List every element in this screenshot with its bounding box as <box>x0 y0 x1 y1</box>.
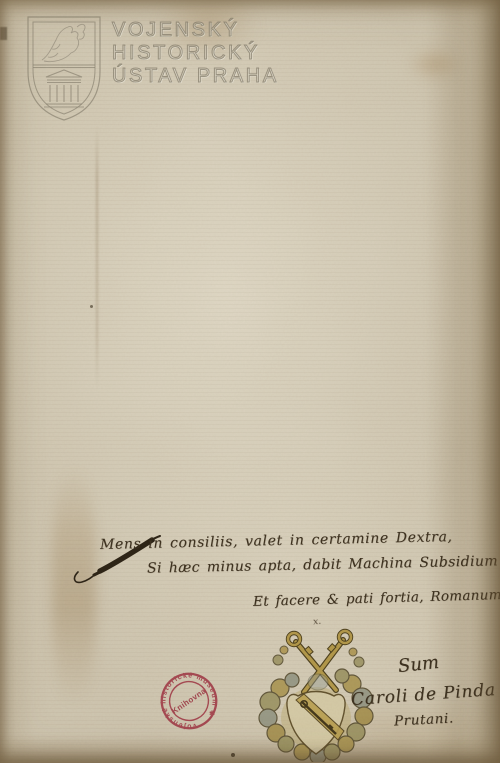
library-stamp: Vojenské historické museum ✱ Knihovna <box>145 657 233 745</box>
fold-crease-line <box>96 126 98 388</box>
stain-right-band <box>428 0 464 763</box>
institute-shield-icon <box>22 13 106 125</box>
ink-speck <box>231 753 235 757</box>
stamp-center-text: Knihovna <box>170 686 208 716</box>
stain-top-right <box>406 46 464 82</box>
signature-line-1: Sum <box>397 652 440 677</box>
manuscript-page: VOJENSKÝ HISTORICKÝ ÚSTAV PRAHA Mens in … <box>0 0 500 763</box>
institute-name: VOJENSKÝ HISTORICKÝ ÚSTAV PRAHA <box>112 19 372 88</box>
lion-figure <box>42 24 85 61</box>
portico-figure <box>44 70 84 107</box>
manuscript-line-2: Si hæc minus apta, dabit Machina Subsidi… <box>147 553 498 576</box>
watermark-line-2: HISTORICKÝ <box>112 42 372 65</box>
left-edge-mark <box>0 27 7 40</box>
ink-speck <box>90 305 93 308</box>
watermark-line-3: ÚSTAV PRAHA <box>112 65 372 88</box>
watermark-line-1: VOJENSKÝ <box>112 19 372 42</box>
stain-vertical-streak <box>52 468 96 706</box>
manuscript-line-3: Et facere & pati fortia, Romanum est. <box>253 586 500 610</box>
signature-line-3: Prutani. <box>394 710 455 729</box>
